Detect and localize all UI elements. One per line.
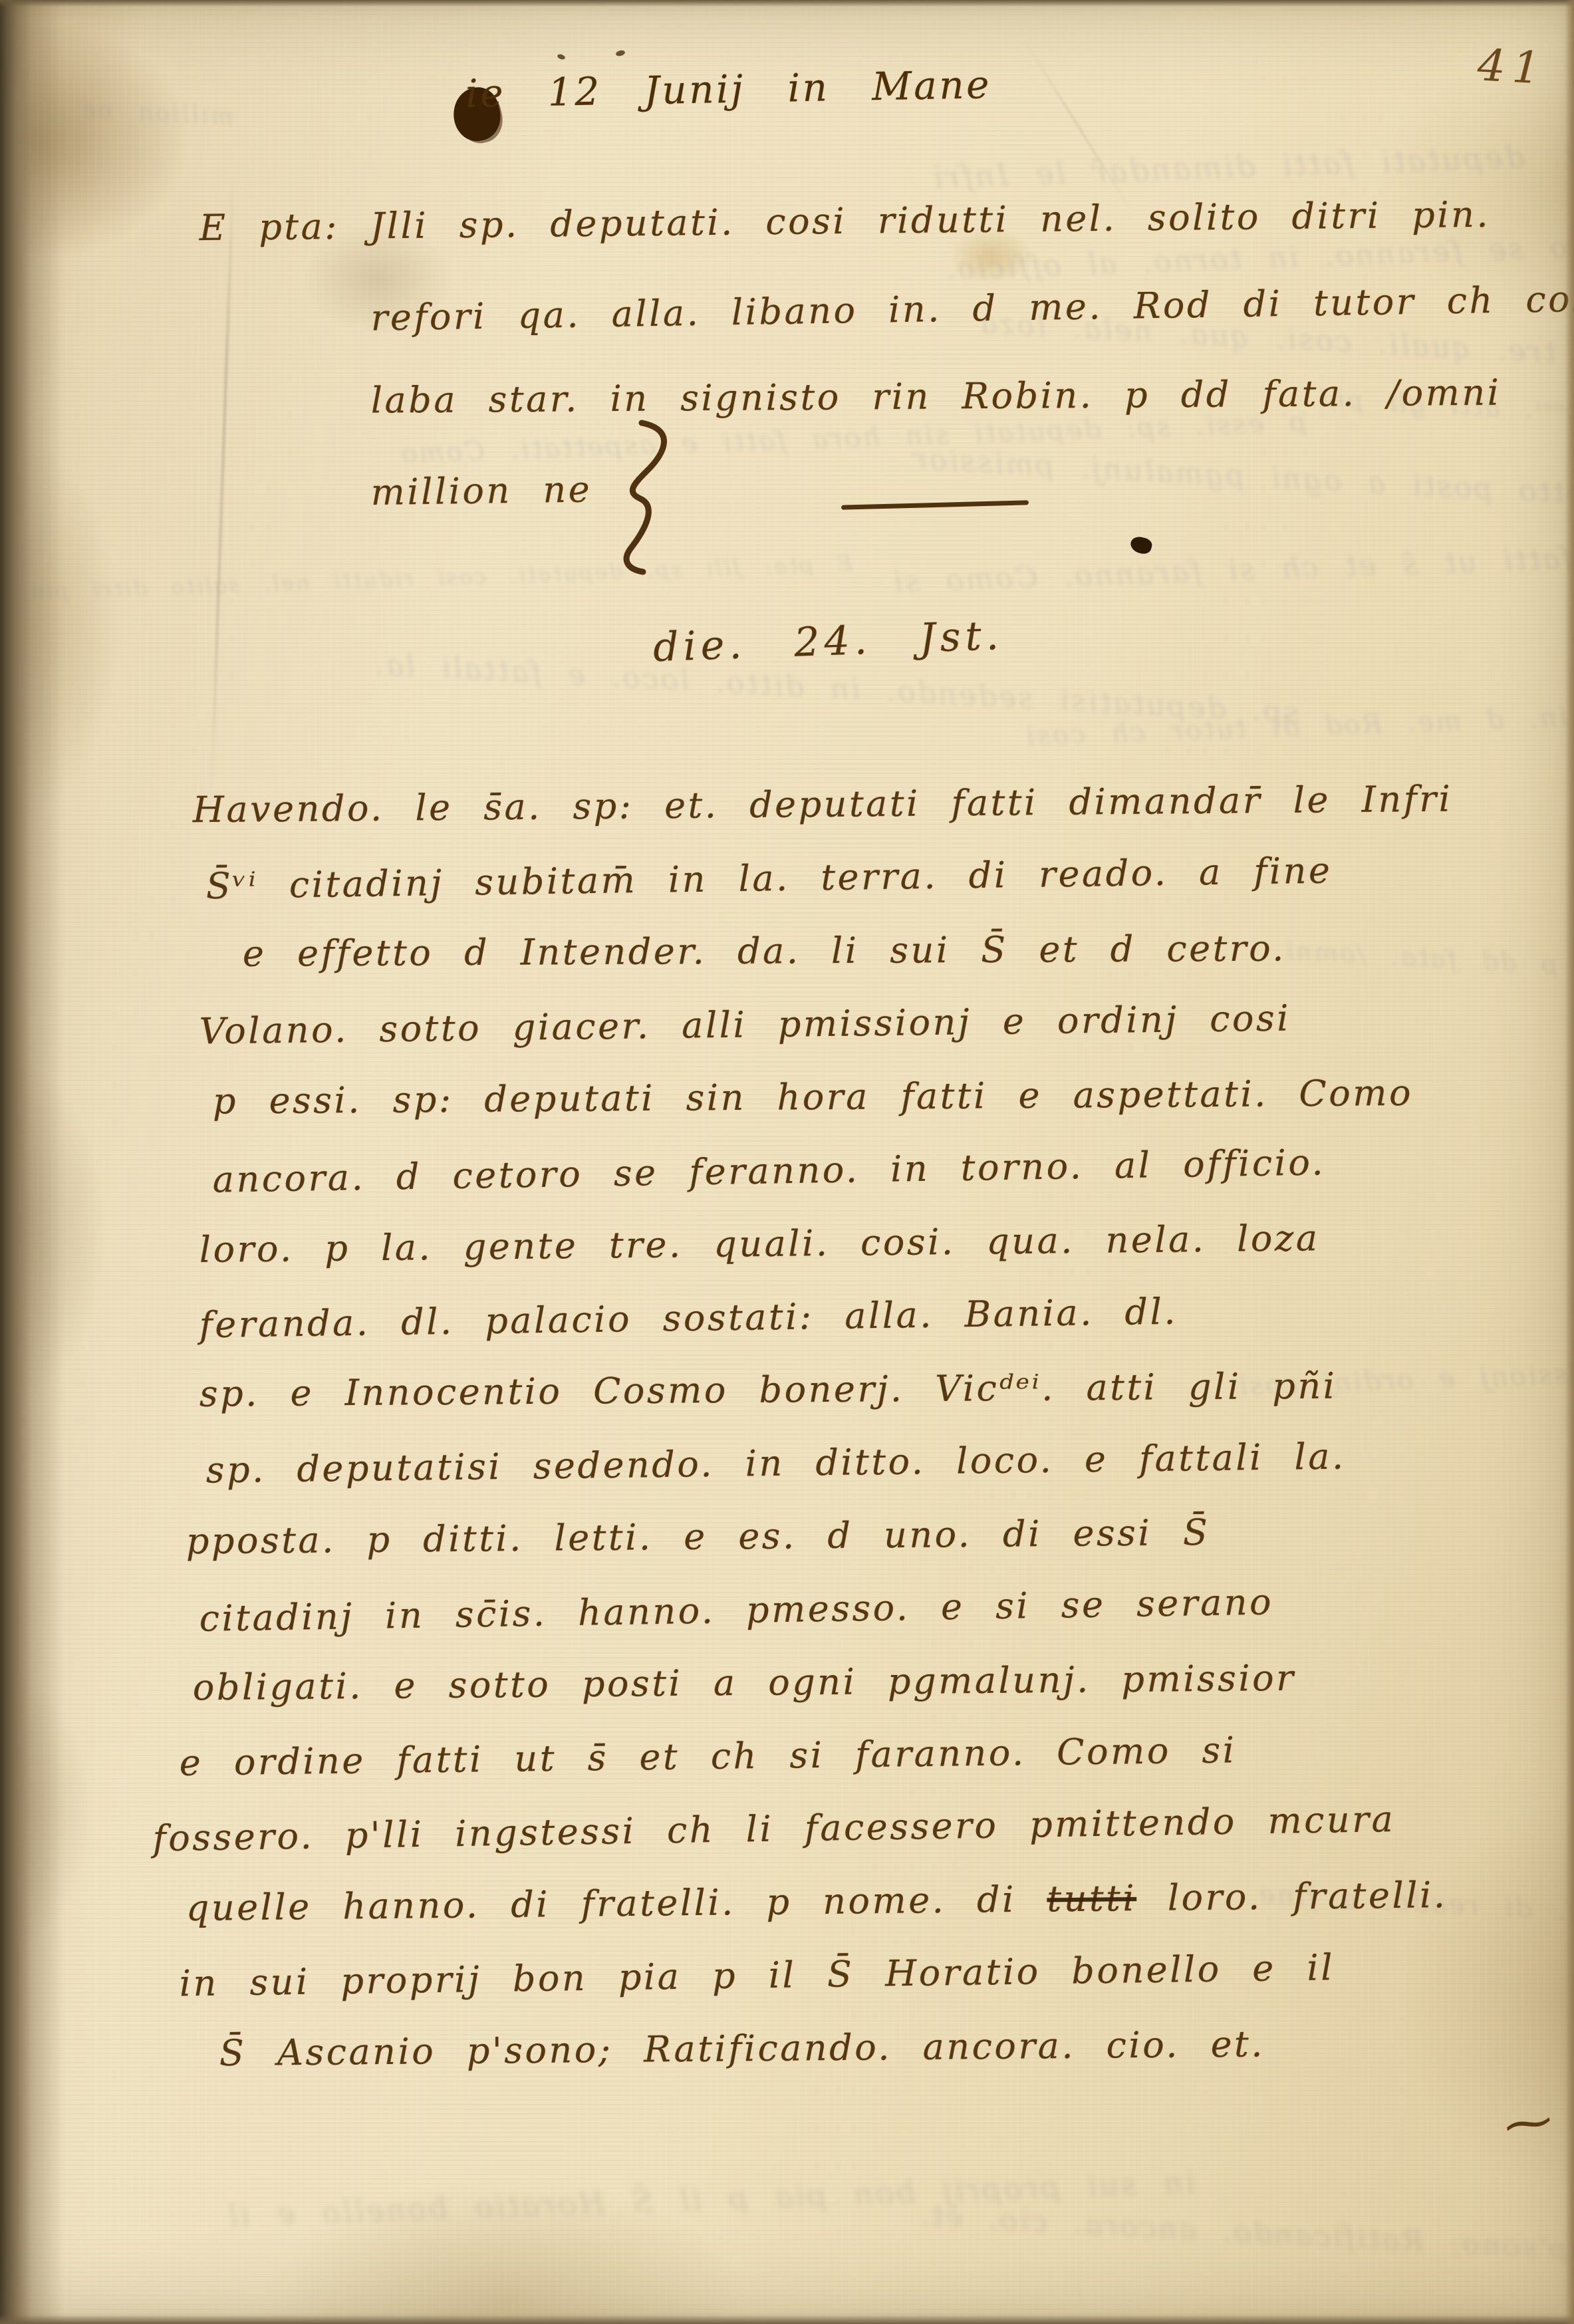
ink-speck	[557, 53, 566, 61]
ghost-line: in sui proprij bon pia p il S̄ Horatio b…	[226, 2164, 1196, 2234]
manuscript-line: in sui proprij bon pia p il S̄ Horatio b…	[179, 1945, 1453, 2036]
end-flourish: ⁓	[1501, 2091, 1556, 2153]
line-text: quelle hanno. di fratelli. p nome. di	[186, 1878, 1047, 1929]
strikethrough-word: tutti	[1047, 1877, 1136, 1920]
manuscript-line: S̄ᵛⁱ citadinj subitam̄ in la. terra. di …	[205, 848, 1453, 938]
manuscript-line: million ne	[370, 454, 1574, 559]
heading-date: ie 12 Junij in Mane	[465, 62, 991, 116]
manuscript-line: feranda. dl. palacio sostati: alla. Bani…	[199, 1287, 1453, 1377]
manuscript-line: sp. e Innocentio Cosmo bonerj. Vicᵈᵉⁱ. a…	[199, 1364, 1453, 1446]
page-edge-top	[0, 0, 1574, 7]
ghost-line: million ne	[79, 96, 234, 131]
page-edge-bottom	[0, 2315, 1574, 2324]
folio-number: 41	[1476, 39, 1548, 94]
ink-speck	[615, 49, 626, 57]
manuscript-line: e effetto d Intender. da. li sui S̄ et d…	[243, 926, 1453, 1006]
manuscript-line: Volano. sotto giacer. alli pmissionj e o…	[199, 995, 1453, 1083]
brace-flourish	[602, 418, 688, 577]
binding-gutter-shadow	[0, 0, 64, 2324]
ghost-line: refori qa. alla. libano in. d me. Rod di…	[1024, 688, 1574, 751]
entry1-block: E pta: Jlli sp. deputati. cosi ridutti n…	[199, 199, 1574, 551]
manuscript-line: S̄ Ascanio p'sono; Ratificando. ancora. …	[219, 2021, 1453, 2105]
manuscript-page: Havendo. le s̄a. sp: et. deputati fatti …	[0, 0, 1574, 2324]
manuscript-line: refori qa. alla. libano in. d me. Rod di…	[370, 277, 1574, 384]
page-edge-right	[1565, 0, 1574, 2324]
entry2-block: Havendo. le s̄a. sp: et. deputati fatti …	[180, 783, 1453, 2100]
manuscript-line: obligati. e sotto posti a ogni pgmalunj.…	[193, 1656, 1453, 1740]
ghost-line: S̄ Ascanio p'sono; Ratificando. ancora. …	[918, 2199, 1574, 2277]
ghost-line: E pta: Jlli sp. deputati. cosi ridutti n…	[20, 551, 853, 605]
ghost-line: Havendo. le s̄a. sp: et. deputati fatti …	[931, 122, 1574, 195]
manuscript-line: Havendo. le s̄a. sp: et. deputati fatti …	[193, 778, 1453, 862]
manuscript-line: p essi. sp: deputati sin hora fatti e as…	[213, 1071, 1453, 1153]
manuscript-line: E pta: Jlli sp. deputati. cosi ridutti n…	[199, 192, 1574, 295]
heading-date-2: die. 24. Jst.	[652, 612, 1004, 671]
manuscript-line: sp. deputatisi sedendo. in ditto. loco. …	[205, 1434, 1453, 1523]
line-text: loro. fratelli.	[1136, 1874, 1448, 1919]
manuscript-line: laba star. in signisto rin Robin. p dd f…	[371, 371, 1574, 467]
paper-crease	[1021, 36, 1135, 217]
